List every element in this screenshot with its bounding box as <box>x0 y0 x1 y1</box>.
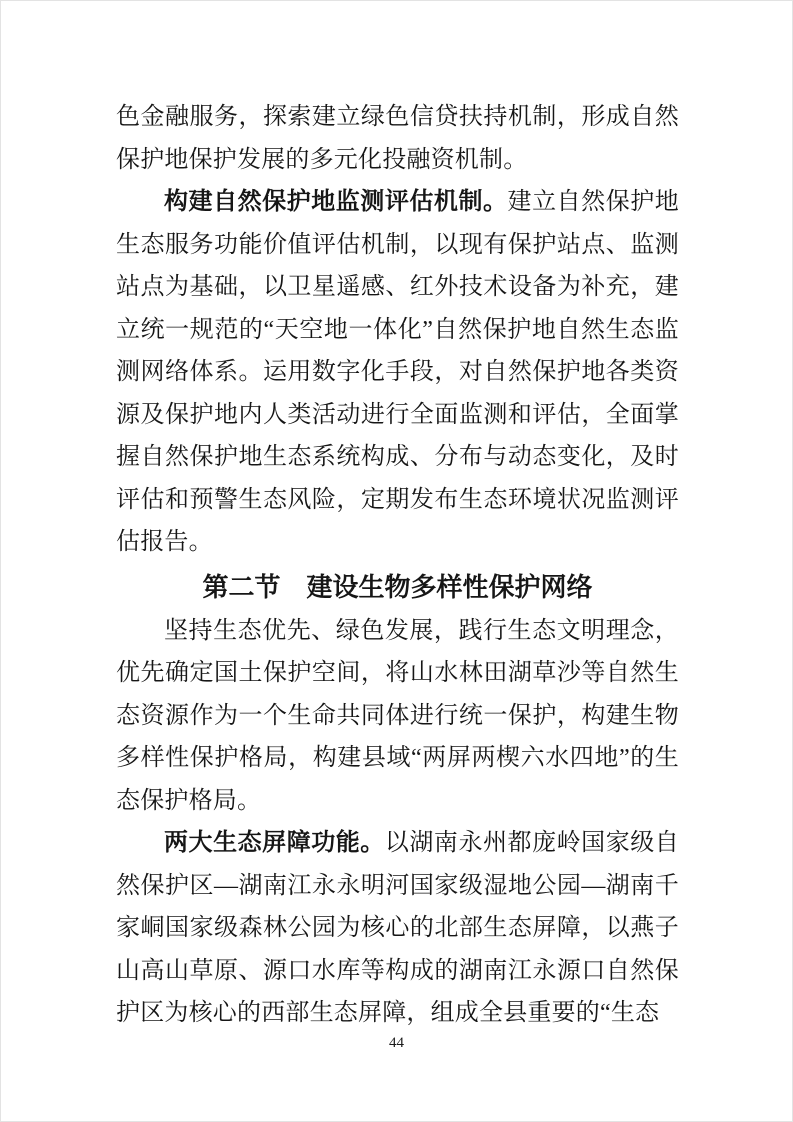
paragraph-barriers-body: 以湖南永州都庞岭国家级自然保护区—湖南江永永明河国家级湿地公园—湖南千家峒国家级… <box>116 830 679 1026</box>
paragraph-biodiversity-text: 坚持生态优先、绿色发展，践行生态文明理念，优先确定国土保护空间，将山水林田湖草沙… <box>116 618 679 814</box>
paragraph-barriers: 两大生态屏障功能。以湖南永州都庞岭国家级自然保护区—湖南江永永明河国家级湿地公园… <box>116 822 679 1035</box>
page-number: 44 <box>1 1033 792 1053</box>
paragraph-barriers-lead: 两大生态屏障功能。 <box>164 829 385 856</box>
paragraph-continuation: 色金融服务，探索建立绿色信贷扶持机制，形成自然保护地保护发展的多元化投融资机制。 <box>116 96 679 181</box>
paragraph-monitoring-body: 建立自然保护地生态服务功能价值评估机制，以现有保护站点、监测站点为基础，以卫星遥… <box>116 189 679 555</box>
section-heading: 第二节 建设生物多样性保护网络 <box>116 564 679 610</box>
paragraph-biodiversity: 坚持生态优先、绿色发展，践行生态文明理念，优先确定国土保护空间，将山水林田湖草沙… <box>116 610 679 823</box>
paragraph-continuation-text: 色金融服务，探索建立绿色信贷扶持机制，形成自然保护地保护发展的多元化投融资机制。 <box>116 104 679 173</box>
paragraph-monitoring-lead: 构建自然保护地监测评估机制。 <box>164 188 508 215</box>
page-text-block: 色金融服务，探索建立绿色信贷扶持机制，形成自然保护地保护发展的多元化投融资机制。… <box>116 96 679 1035</box>
paragraph-monitoring: 构建自然保护地监测评估机制。建立自然保护地生态服务功能价值评估机制，以现有保护站… <box>116 181 679 564</box>
document-page: 色金融服务，探索建立绿色信贷扶持机制，形成自然保护地保护发展的多元化投融资机制。… <box>0 0 793 1122</box>
